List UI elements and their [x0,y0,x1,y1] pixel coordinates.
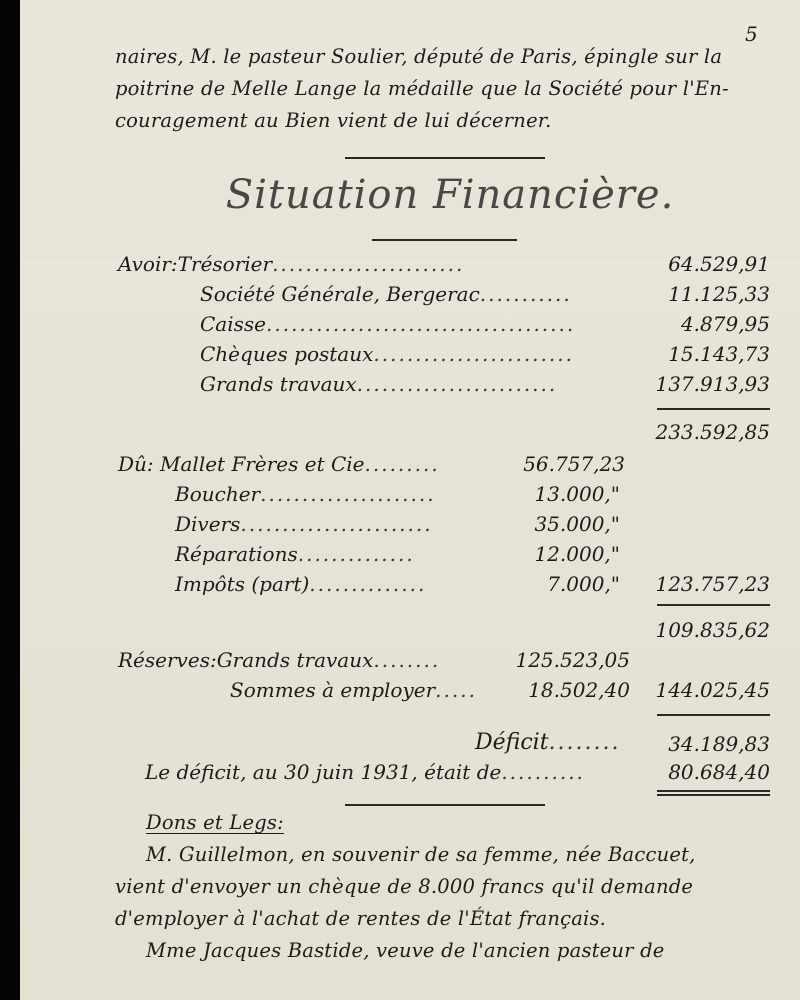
dons-line-2: vient d'envoyer un chèque de 8.000 franc… [115,872,693,902]
du-amount-4: 12.000," [534,542,620,566]
previous-deficit-label: Le déficit, au 30 juin 1931, était de [145,760,501,784]
dons-line-3: d'employer à l'achat de rentes de l'État… [115,904,606,934]
reserves-sum-rule [657,714,770,716]
avoir-item-name: Caisse [200,312,266,336]
leader-dots: ........... [480,282,572,306]
avoir-sum-rule [657,408,770,410]
document-page: 5 naires, M. le pasteur Soulier, député … [20,0,800,1000]
avoir-row-3: Caisse..................................… [200,312,575,336]
leader-dots: ........................ [373,342,574,366]
avoir-total: 233.592,85 [655,420,770,444]
leader-dots: .............. [309,572,426,596]
du-item-name: Mallet Frères et Cie [160,452,364,476]
scan-edge [0,0,20,1000]
title-rule-bottom [372,239,517,241]
reserves-item-name: Grands travaux [217,648,374,672]
leader-dots: .......... [501,760,585,784]
reserves-row-1: Réserves:Grands travaux........ [118,648,440,672]
section-title: Situation Financière. [215,172,685,218]
du-row-4: Réparations.............. [175,542,415,566]
dons-line-4: Mme Jacques Bastide, veuve de l'ancien p… [146,936,665,966]
leader-dots: ........ [373,648,440,672]
avoir-amount-4: 15.143,73 [668,342,770,366]
deficit-amount: 34.189,83 [668,732,770,756]
reserves-total: 144.025,45 [655,678,770,702]
dons-line-1: M. Guillelmon, en souvenir de sa femme, … [146,840,696,870]
previous-deficit-row: Le déficit, au 30 juin 1931, était de...… [145,760,585,784]
leader-dots: .............. [298,542,415,566]
du-item-name: Boucher [175,482,260,506]
reserves-label: Réserves: [118,648,217,672]
page-number: 5 [745,22,758,46]
avoir-item-name: Trésorier [178,252,272,276]
du-amount-1: 56.757,23 [523,452,625,476]
avoir-row-4: Chèques postaux........................ [200,342,574,366]
leader-dots: ........................ [357,372,558,396]
dons-legs-heading: Dons et Legs: [146,808,284,838]
du-total: 123.757,23 [655,572,770,596]
leader-dots: ..................................... [266,312,575,336]
leader-dots: ..... [435,678,477,702]
du-item-name: Réparations [175,542,298,566]
leader-dots: ....................... [240,512,432,536]
avoir-item-name: Société Générale, Bergerac [200,282,480,306]
du-row-2: Boucher..................... [175,482,436,506]
avoir-amount-1: 64.529,91 [668,252,770,276]
avoir-item-name: Chèques postaux [200,342,373,366]
reserves-amount-1: 125.523,05 [515,648,630,672]
title-rule-top [345,157,545,159]
du-row-1: Dû: Mallet Frères et Cie......... [118,452,440,476]
leader-dots: ..................... [260,482,436,506]
du-amount-5: 7.000," [547,572,620,596]
du-label: Dû: [118,452,154,476]
du-item-name: Divers [175,512,240,536]
avoir-amount-3: 4.879,95 [681,312,770,336]
leader-dots: ......... [365,452,440,476]
reserves-item-name: Sommes à employer [230,678,435,702]
leader-dots: ........ [549,730,621,755]
avoir-item-name: Grands travaux [200,372,357,396]
avoir-row-1: Avoir:Trésorier....................... [118,252,464,276]
intro-line-3: couragement au Bien vient de lui décerne… [115,106,552,136]
avoir-label: Avoir: [118,252,178,276]
avoir-amount-2: 11.125,33 [668,282,770,306]
previous-deficit-amount: 80.684,40 [668,760,770,784]
section-divider [345,804,545,806]
deficit-label: Déficit [475,730,549,755]
reserves-row-2: Sommes à employer..... [230,678,477,702]
du-row-5: Impôts (part).............. [175,572,426,596]
deficit-row: Déficit........ [475,730,620,755]
du-sum-rule [657,604,770,606]
avoir-row-2: Société Générale, Bergerac........... [200,282,572,306]
double-rule-top [657,790,770,792]
avoir-row-5: Grands travaux........................ [200,372,557,396]
difference-total: 109.835,62 [655,618,770,642]
du-amount-3: 35.000," [534,512,620,536]
du-row-3: Divers....................... [175,512,433,536]
intro-line-1: naires, M. le pasteur Soulier, député de… [115,42,722,72]
leader-dots: ....................... [272,252,464,276]
double-rule-bottom [657,794,770,796]
du-amount-2: 13.000," [534,482,620,506]
du-item-name: Impôts (part) [175,572,309,596]
intro-line-2: poitrine de Melle Lange la médaille que … [115,74,729,104]
reserves-amount-2: 18.502,40 [528,678,630,702]
avoir-amount-5: 137.913,93 [655,372,770,396]
